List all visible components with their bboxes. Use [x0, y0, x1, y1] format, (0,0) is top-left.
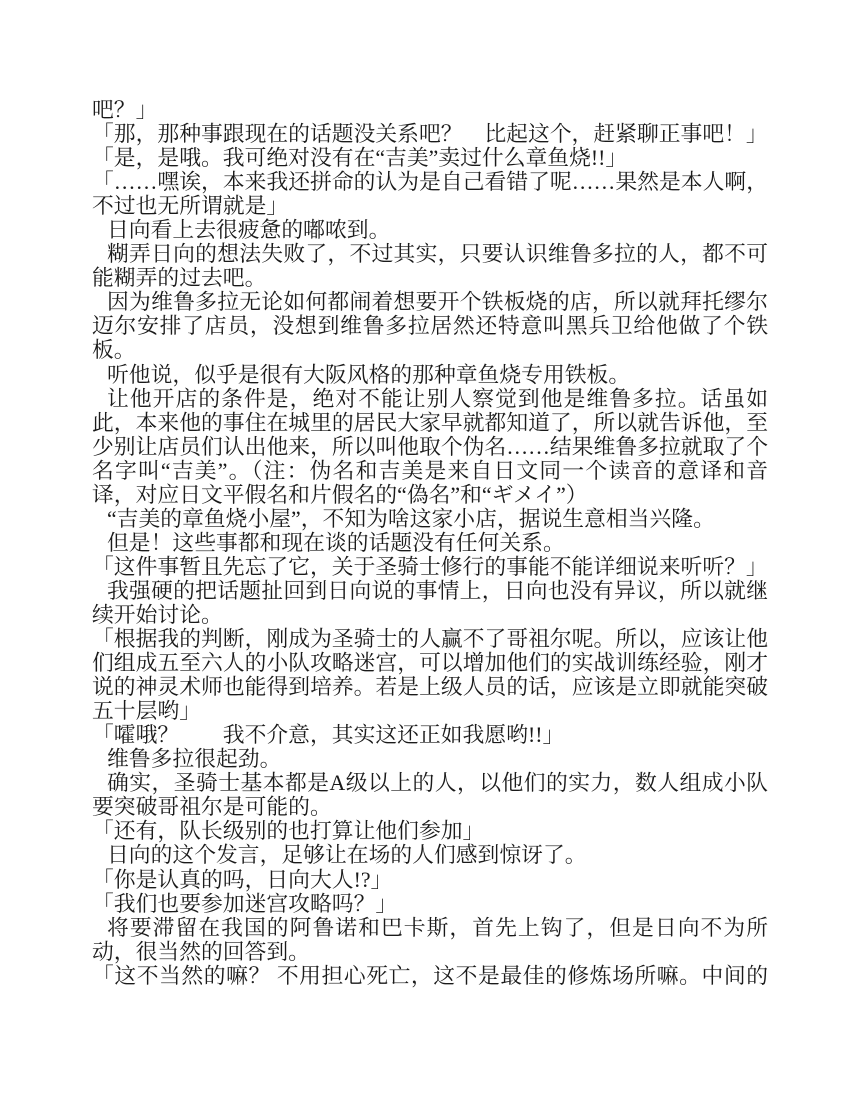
text-line: 续开始讨论。 — [92, 603, 768, 627]
text-line: “吉美的章鱼烧小屋”，不知为啥这家小店，据说生意相当兴隆。 — [92, 507, 768, 531]
novel-text-block: 吧？」「那，那种事跟现在的话题没关系吧？ 比起这个，赶紧聊正事吧！」「是，是哦。… — [92, 98, 768, 988]
text-line: 糊弄日向的想法失败了，不过其实，只要认识维鲁多拉的人，都不可 — [92, 242, 768, 266]
text-line: 「嚯哦？ 我不介意，其实这还正如我愿哟!!」 — [92, 723, 768, 747]
text-line: 「那，那种事跟现在的话题没关系吧？ 比起这个，赶紧聊正事吧！」 — [92, 122, 768, 146]
text-line: 译，对应日文平假名和片假名的“偽名”和“ギメイ”） — [92, 483, 768, 507]
text-line: 听他说，似乎是很有大阪风格的那种章鱼烧专用铁板。 — [92, 363, 768, 387]
text-line: 我强硬的把话题扯回到日向说的事情上，日向也没有异议，所以就继 — [92, 579, 768, 603]
text-line: 此，本来他的事住在城里的居民大家早就都知道了，所以就告诉他，至 — [92, 411, 768, 435]
text-line: 将要滞留在我国的阿鲁诺和巴卡斯，首先上钩了，但是日向不为所 — [92, 916, 768, 940]
text-line: 名字叫“吉美”。（注：伪名和吉美是来自日文同一个读音的意译和音 — [92, 459, 768, 483]
text-line: 「……嘿诶，本来我还拼命的认为是自己看错了呢……果然是本人啊， — [92, 170, 768, 194]
text-line: 日向看上去很疲惫的嘟哝到。 — [92, 218, 768, 242]
text-line: 「是，是哦。我可绝对没有在“吉美”卖过什么章鱼烧!!」 — [92, 146, 768, 170]
text-line: 「还有，队长级别的也打算让他们参加」 — [92, 819, 768, 843]
text-line: 们组成五至六人的小队攻略迷宫，可以增加他们的实战训练经验，刚才 — [92, 651, 768, 675]
text-line: 让他开店的条件是，绝对不能让别人察觉到他是维鲁多拉。话虽如 — [92, 387, 768, 411]
text-line: 少别让店员们认出他来，所以叫他取个伪名……结果维鲁多拉就取了个 — [92, 435, 768, 459]
text-line: 要突破哥祖尔是可能的。 — [92, 795, 768, 819]
text-line: 动，很当然的回答到。 — [92, 940, 768, 964]
text-line: 但是！这些事都和现在谈的话题没有任何关系。 — [92, 531, 768, 555]
text-line: 「这件事暂且先忘了它，关于圣骑士修行的事能不能详细说来听听？」 — [92, 555, 768, 579]
text-line: 确实，圣骑士基本都是A级以上的人，以他们的实力，数人组成小队 — [92, 771, 768, 795]
text-line: 吧？」 — [92, 98, 768, 122]
text-line: 不过也无所谓就是」 — [92, 194, 768, 218]
text-line: 「这不当然的嘛？ 不用担心死亡，这不是最佳的修炼场所嘛。中间的 — [92, 964, 768, 988]
text-line: 「我们也要参加迷宫攻略吗？」 — [92, 892, 768, 916]
text-line: 「你是认真的吗，日向大人!?」 — [92, 868, 768, 892]
text-line: 因为维鲁多拉无论如何都闹着想要开个铁板烧的店，所以就拜托缪尔 — [92, 290, 768, 314]
text-line: 日向的这个发言，足够让在场的人们感到惊讶了。 — [92, 843, 768, 867]
novel-page: 吧？」「那，那种事跟现在的话题没关系吧？ 比起这个，赶紧聊正事吧！」「是，是哦。… — [0, 0, 850, 1100]
text-line: 「根据我的判断，刚成为圣骑士的人赢不了哥祖尔呢。所以，应该让他 — [92, 627, 768, 651]
text-line: 板。 — [92, 338, 768, 362]
text-line: 能糊弄的过去吧。 — [92, 266, 768, 290]
text-line: 迈尔安排了店员，没想到维鲁多拉居然还特意叫黑兵卫给他做了个铁 — [92, 314, 768, 338]
text-line: 五十层哟」 — [92, 699, 768, 723]
text-line: 维鲁多拉很起劲。 — [92, 747, 768, 771]
text-line: 说的神灵术师也能得到培养。若是上级人员的话，应该是立即就能突破 — [92, 675, 768, 699]
